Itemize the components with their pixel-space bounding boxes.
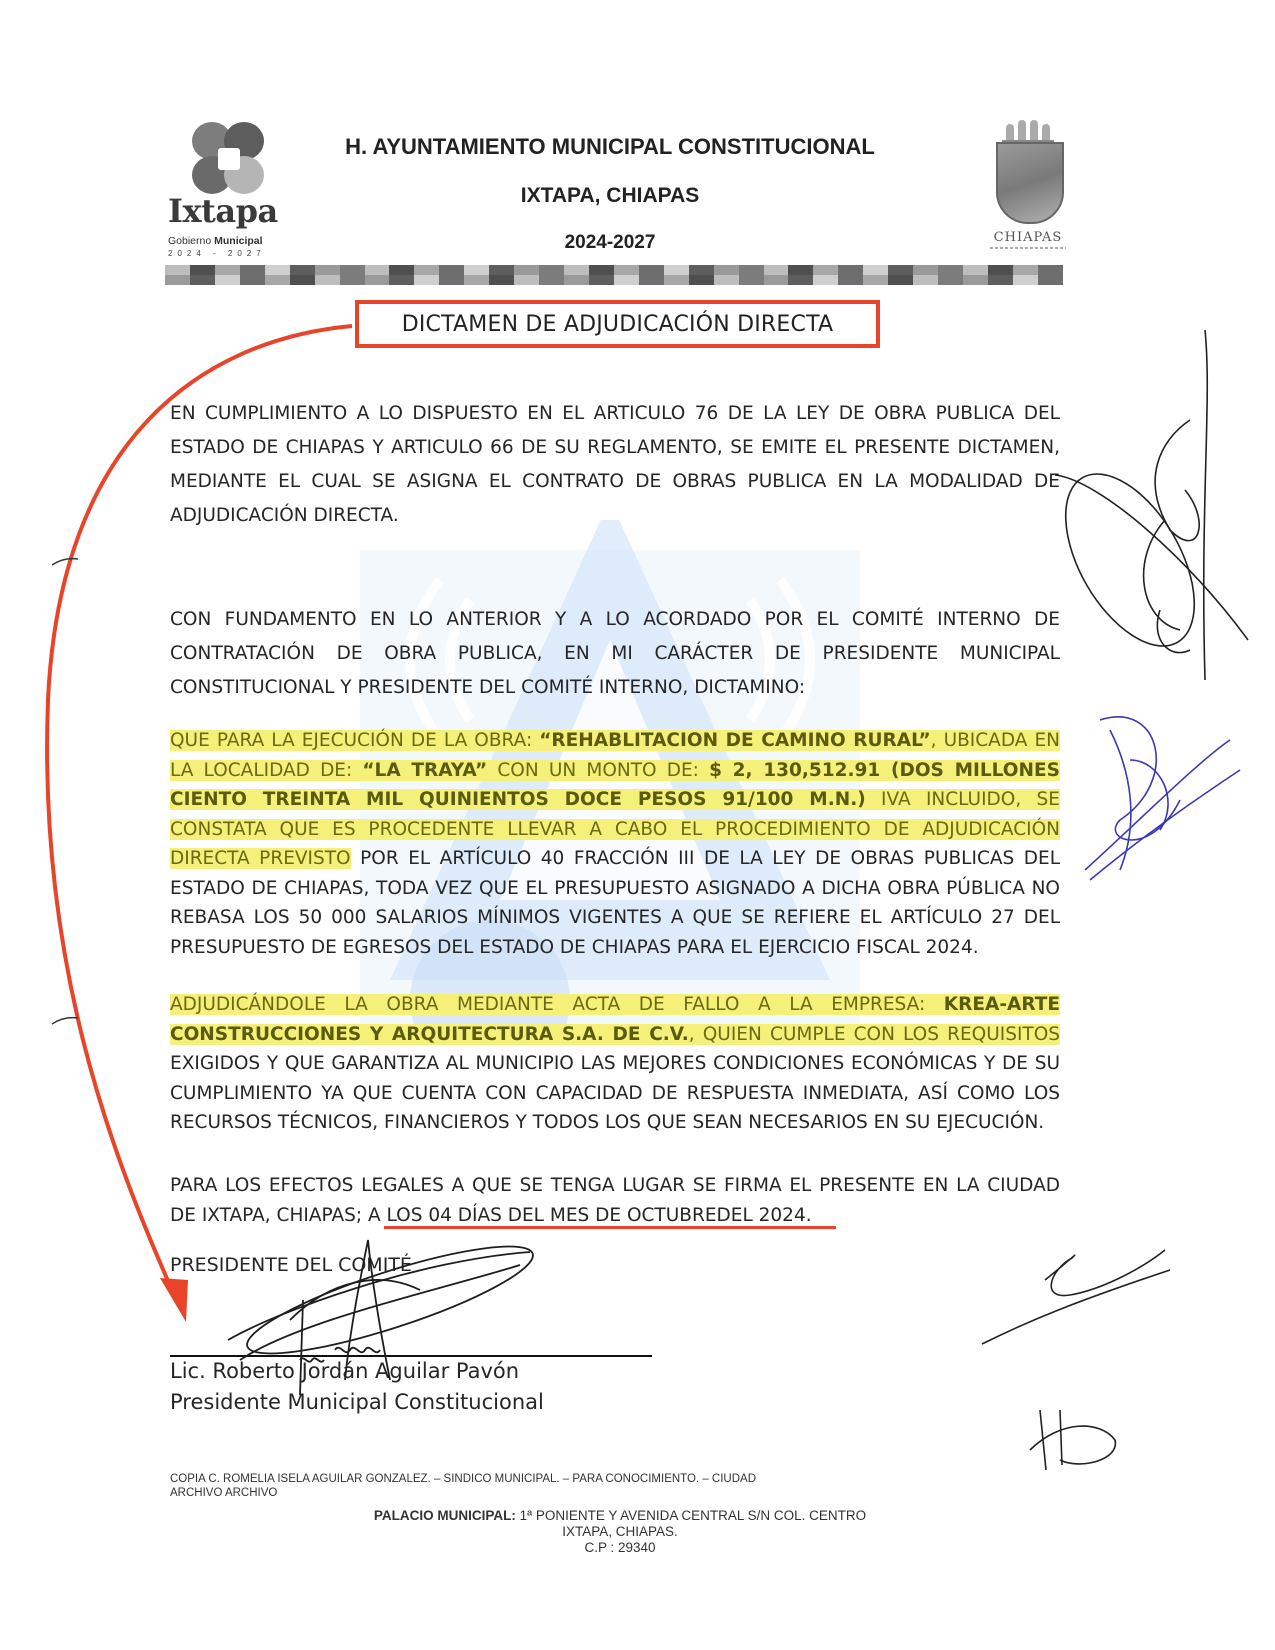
header-title: H. AYUNTAMIENTO MUNICIPAL CONSTITUCIONAL [300,134,920,160]
paragraph-legal-basis: EN CUMPLIMIENTO A LO DISPUESTO EN EL ART… [170,397,1060,533]
signature-line [170,1355,652,1357]
crown-icon [1002,118,1054,142]
signature-margin-2 [1085,717,1240,880]
work-name: “REHABLITACION DE CAMINO RURAL” [539,730,930,751]
document-page: Ixtapa Gobierno Municipal 2024 - 2027 H.… [0,0,1275,1650]
signature-margin-4 [1030,1410,1115,1470]
paragraph-foundation: CON FUNDAMENTO EN LO ANTERIOR Y A LO ACO… [170,603,1060,705]
header-location: IXTAPA, CHIAPAS [300,184,920,208]
document-title: DICTAMEN DE ADJUDICACIÓN DIRECTA [402,312,834,337]
header-period: 2024-2027 [300,232,920,254]
signing-date: A LOS 04 DÍAS DEL MES DE OCTUBREDEL 2024… [368,1205,812,1226]
date-underline-annotation [384,1226,836,1229]
signature-margin-1 [1039,330,1248,680]
paragraph-signing: PARA LOS EFECTOS LEGALES A QUE SE TENGA … [170,1171,1060,1230]
municipal-emblem-icon [188,120,268,198]
header-mosaic-divider [165,265,1063,285]
footer-address: PALACIO MUNICIPAL: 1ª PONIENTE Y AVENIDA… [290,1508,950,1556]
signer-title: Presidente Municipal Constitucional [170,1390,544,1414]
signer-role: PRESIDENTE DEL COMITÉ [170,1254,412,1276]
copy-note: COPIA C. ROMELIA ISELA AGUILAR GONZALEZ.… [170,1472,930,1500]
arrow-head-icon [160,1278,188,1322]
ixtapa-logo: Ixtapa Gobierno Municipal 2024 - 2027 [168,120,288,260]
logo-title: Ixtapa [168,192,278,230]
signer-name: Lic. Roberto Jordán Aguilar Pavón [170,1359,519,1383]
paragraph-work-details: QUE PARA LA EJECUCIÓN DE LA OBRA: “REHAB… [170,726,1060,962]
locality: “LA TRAYA” [362,760,487,781]
crest-label: CHIAPAS [990,230,1066,245]
logo-subtitle: Gobierno Municipal [168,235,263,247]
signature-margin-3 [982,1250,1170,1344]
document-title-box: DICTAMEN DE ADJUDICACIÓN DIRECTA [355,300,880,348]
paragraph-award: ADJUDICÁNDOLE LA OBRA MEDIANTE ACTA DE F… [170,990,1060,1138]
shield-icon [996,142,1064,224]
chiapas-crest: CHIAPAS [990,118,1066,258]
logo-years: 2024 - 2027 [168,249,266,258]
